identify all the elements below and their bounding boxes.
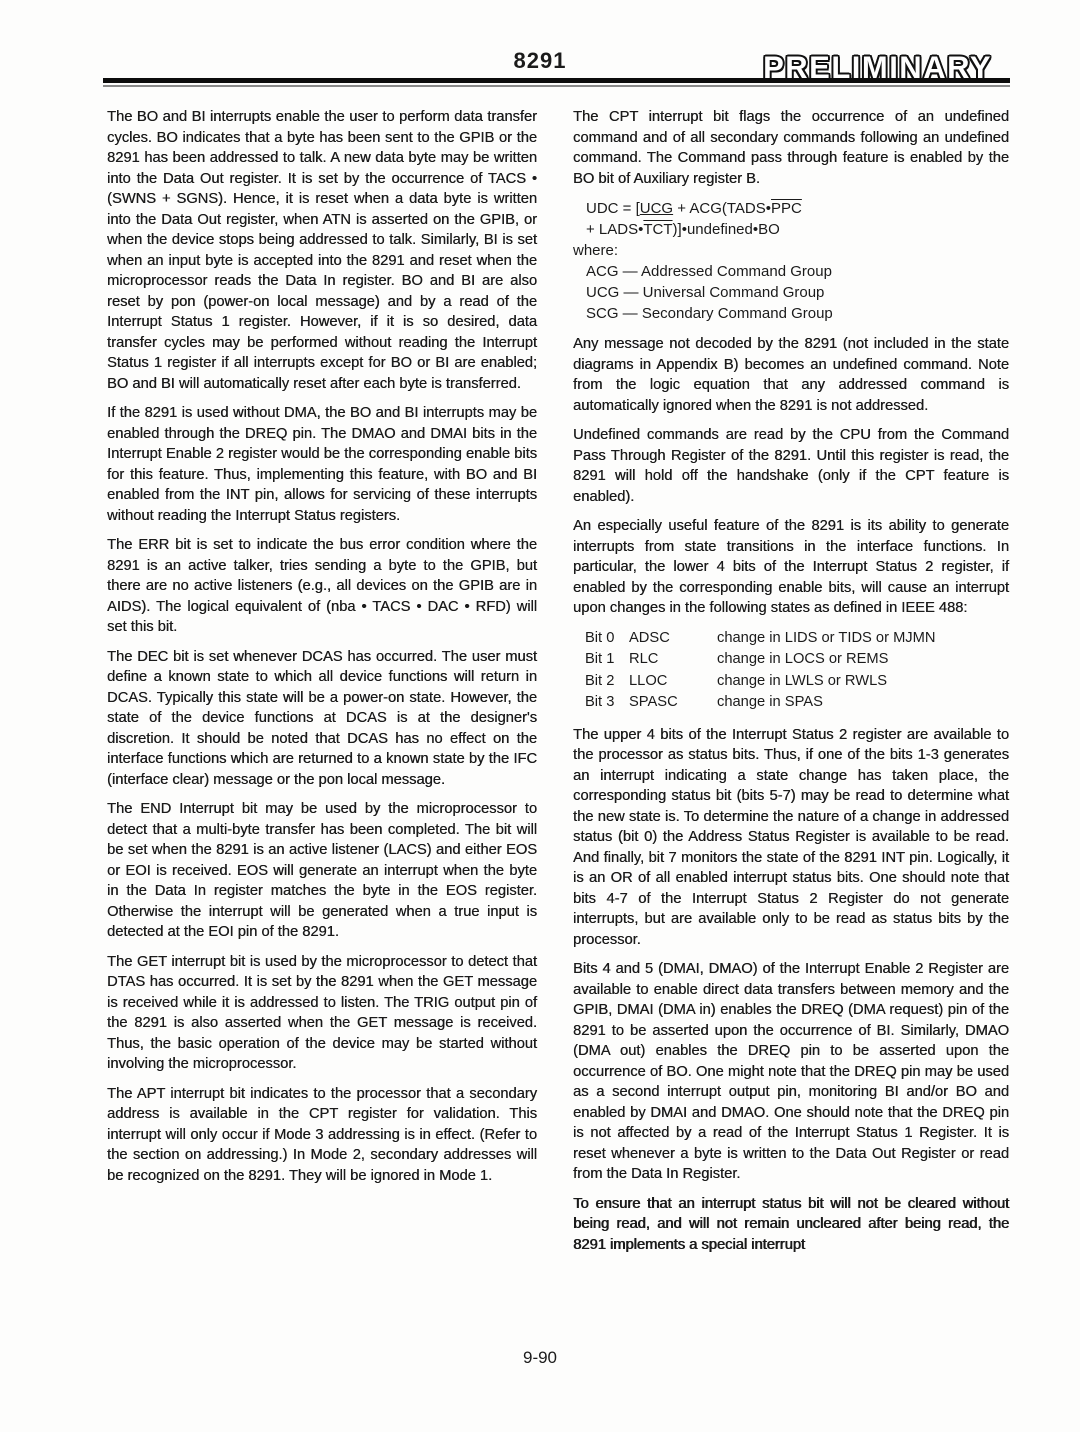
eq-text: + ACG(TADS• [673, 200, 771, 217]
paragraph-ensure-status-bit: To ensure that an interrupt status bit w… [573, 1194, 1009, 1256]
paragraph-apt-interrupt: The APT interrupt bit indicates to the p… [107, 1084, 537, 1187]
left-column: The BO and BI interrupts enable the user… [107, 107, 537, 1195]
definition-ucg: UCG — Universal Command Group [573, 282, 1009, 303]
bit-name: LLOC [629, 671, 717, 693]
paragraph-bits-4-5-dma: Bits 4 and 5 (DMAI, DMAO) of the Interru… [573, 959, 1009, 1185]
paragraph-bo-bi-interrupts: The BO and BI interrupts enable the user… [107, 107, 537, 394]
definition-scg: SCG — Secondary Command Group [573, 303, 1009, 324]
page-footer: 9-90 [0, 1348, 1080, 1368]
bit-table: Bit 0 ADSC change in LIDS or TIDS or MJM… [573, 628, 1009, 714]
eq-tct-overlined: TCT [643, 221, 672, 238]
bit-number: Bit 0 [585, 628, 629, 650]
where-label: where: [573, 240, 1009, 261]
eq-text: + LADS• [586, 221, 643, 238]
bit-description: change in LOCS or REMS [717, 649, 1009, 671]
paragraph-dma-dreq: If the 8291 is used without DMA, the BO … [107, 403, 537, 526]
eq-text: UDC = [ [586, 200, 640, 217]
paragraph-upper-4-bits: The upper 4 bits of the Interrupt Status… [573, 725, 1009, 951]
bit-description: change in LWLS or RWLS [717, 671, 1009, 693]
bit-description: change in LIDS or TIDS or MJMN [717, 628, 1009, 650]
bit-name: RLC [629, 649, 717, 671]
bit-table-row: Bit 0 ADSC change in LIDS or TIDS or MJM… [585, 628, 1009, 650]
udc-equation-line-2: + LADS•TCT)]•undefined•BO [573, 219, 1009, 240]
bit-number: Bit 2 [585, 671, 629, 693]
paragraph-err-bit: The ERR bit is set to indicate the bus e… [107, 535, 537, 638]
bit-table-row: Bit 3 SPASC change in SPAS [585, 692, 1009, 714]
definition-acg: ACG — Addressed Command Group [573, 261, 1009, 282]
bit-number: Bit 3 [585, 692, 629, 714]
eq-text: )]•undefined•BO [673, 221, 780, 238]
bit-table-row: Bit 2 LLOC change in LWLS or RWLS [585, 671, 1009, 693]
header-rule-shadow [103, 85, 1010, 87]
right-column: The CPT interrupt bit flags the occurren… [573, 107, 1009, 1264]
paragraph-undecoded-message: Any message not decoded by the 8291 (not… [573, 334, 1009, 416]
paragraph-get-interrupt: The GET interrupt bit is used by the mic… [107, 952, 537, 1075]
bit-description: change in SPAS [717, 692, 1009, 714]
paragraph-cpt-interrupt: The CPT interrupt bit flags the occurren… [573, 107, 1009, 189]
document-page: 8291 PRELIMINARY The BO and BI interrupt… [0, 0, 1080, 1432]
eq-ucg-underlined: UCG [640, 200, 673, 217]
udc-equation-line-1: UDC = [UCG + ACG(TADS•PPC [573, 198, 1009, 219]
udc-equation-block: UDC = [UCG + ACG(TADS•PPC + LADS•TCT)]•u… [573, 198, 1009, 324]
bit-table-row: Bit 1 RLC change in LOCS or REMS [585, 649, 1009, 671]
paragraph-dec-bit: The DEC bit is set whenever DCAS has occ… [107, 647, 537, 791]
bit-name: SPASC [629, 692, 717, 714]
header-rule [103, 78, 1010, 83]
paragraph-end-interrupt: The END Interrupt bit may be used by the… [107, 799, 537, 943]
bit-name: ADSC [629, 628, 717, 650]
paragraph-state-transition-interrupts: An especially useful feature of the 8291… [573, 516, 1009, 619]
page-number: 9-90 [523, 1348, 557, 1367]
paragraph-undefined-commands: Undefined commands are read by the CPU f… [573, 425, 1009, 507]
bit-number: Bit 1 [585, 649, 629, 671]
eq-ppc-overlined: PPC [771, 200, 802, 217]
